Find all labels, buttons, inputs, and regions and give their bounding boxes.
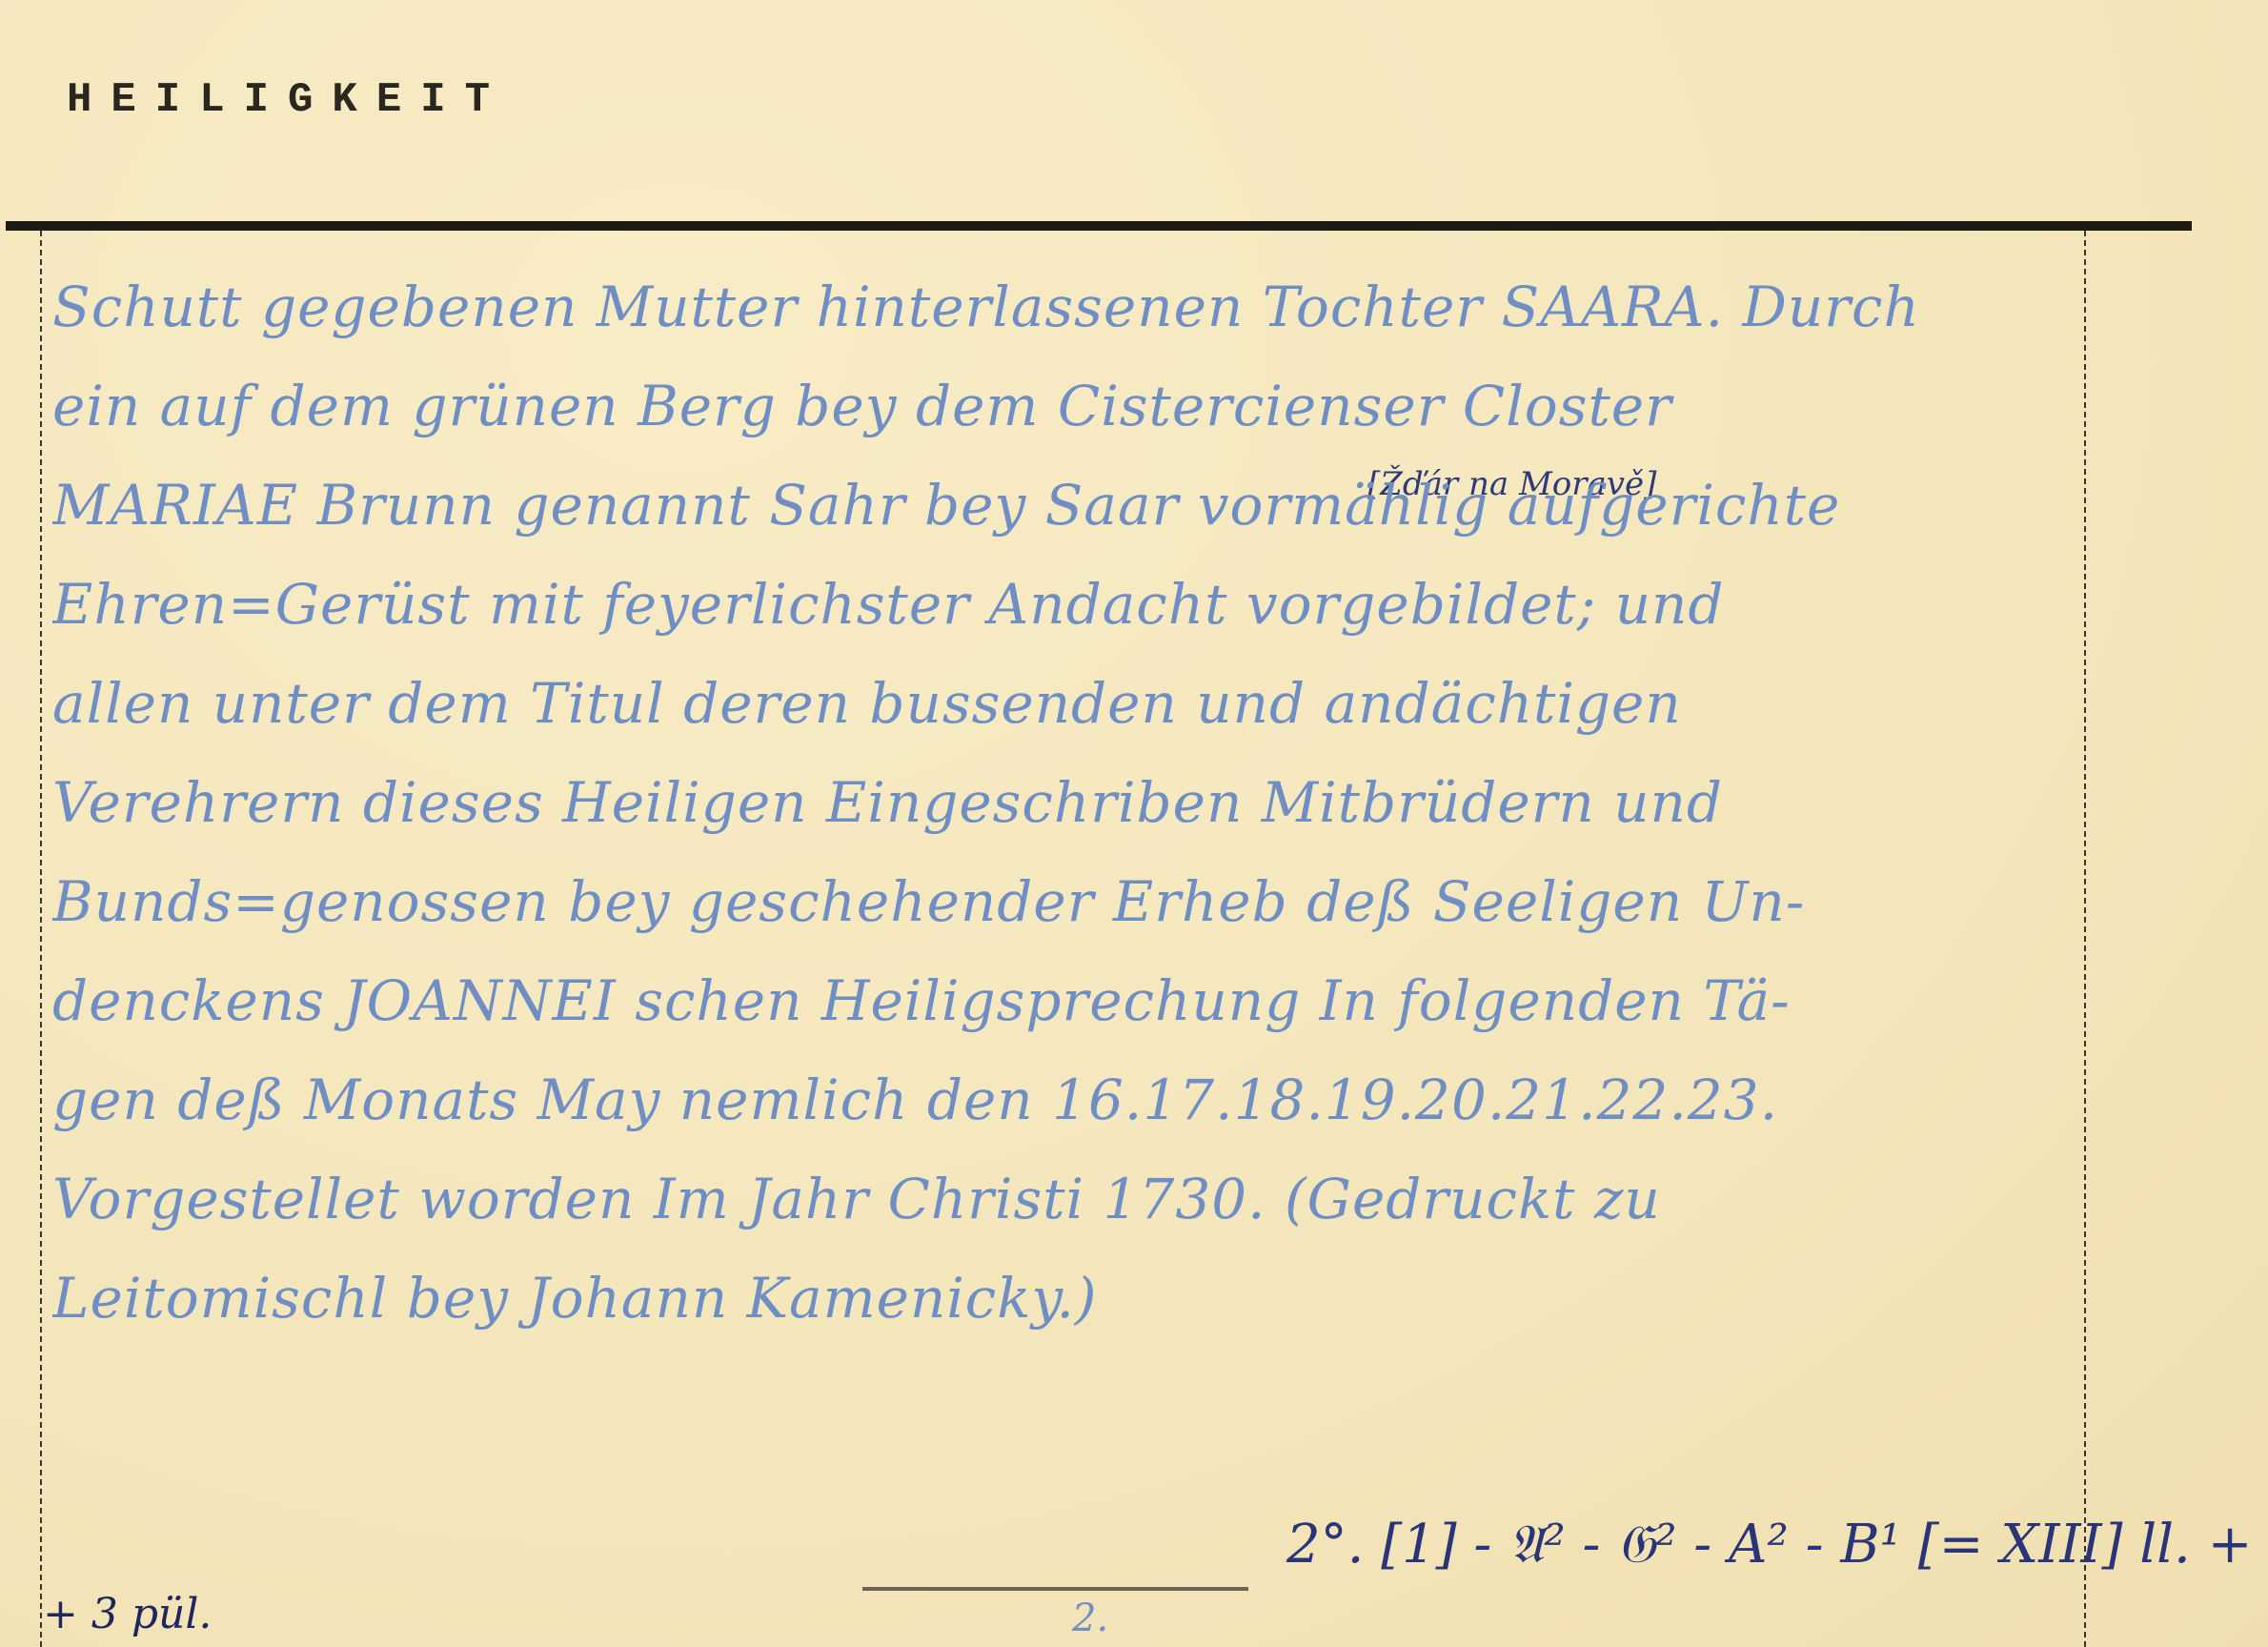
plates-note: + 3 pül. [43, 1590, 212, 1638]
text-line: Ehren=Gerüst mit feyerlichster Andacht v… [52, 555, 2073, 654]
heading-rule [6, 221, 2192, 231]
text-line: allen unter dem Titul deren bussenden un… [52, 654, 2073, 753]
text-line: Bunds=genossen bey geschehender Erheb de… [52, 852, 2073, 951]
printer-underline [862, 1587, 1248, 1591]
text-line: gen deß Monats May nemlich den 16.17.18.… [52, 1050, 2073, 1149]
text-line: denckens JOANNEI schen Heiligsprechung I… [52, 951, 2073, 1050]
text-line: Schutt gegebenen Mutter hinterlassenen T… [52, 257, 2073, 356]
collation-formula: 2°. [1] - 𝔄² - 𝔊² - A² - B¹ [= XIII] ll.… [1286, 1514, 2253, 1576]
card-heading: HEILIGKEIT [67, 76, 509, 124]
text-line: Leitomischl bey Johann Kamenicky.) [52, 1249, 2073, 1348]
left-margin-line [40, 231, 42, 1647]
footnote-number: 2. [1072, 1596, 1108, 1640]
text-line: Verehrern dieses Heiligen Eingeschriben … [52, 753, 2073, 852]
right-margin-line [2084, 231, 2086, 1647]
text-line: ein auf dem grünen Berg bey dem Cisterci… [52, 356, 2073, 456]
text-line: MARIAE Brunn genannt Sahr bey Saar vormä… [52, 456, 2073, 555]
text-line: Vorgestellet worden Im Jahr Christi 1730… [52, 1149, 2073, 1249]
handwritten-text: Schutt gegebenen Mutter hinterlassenen T… [52, 257, 2073, 1348]
